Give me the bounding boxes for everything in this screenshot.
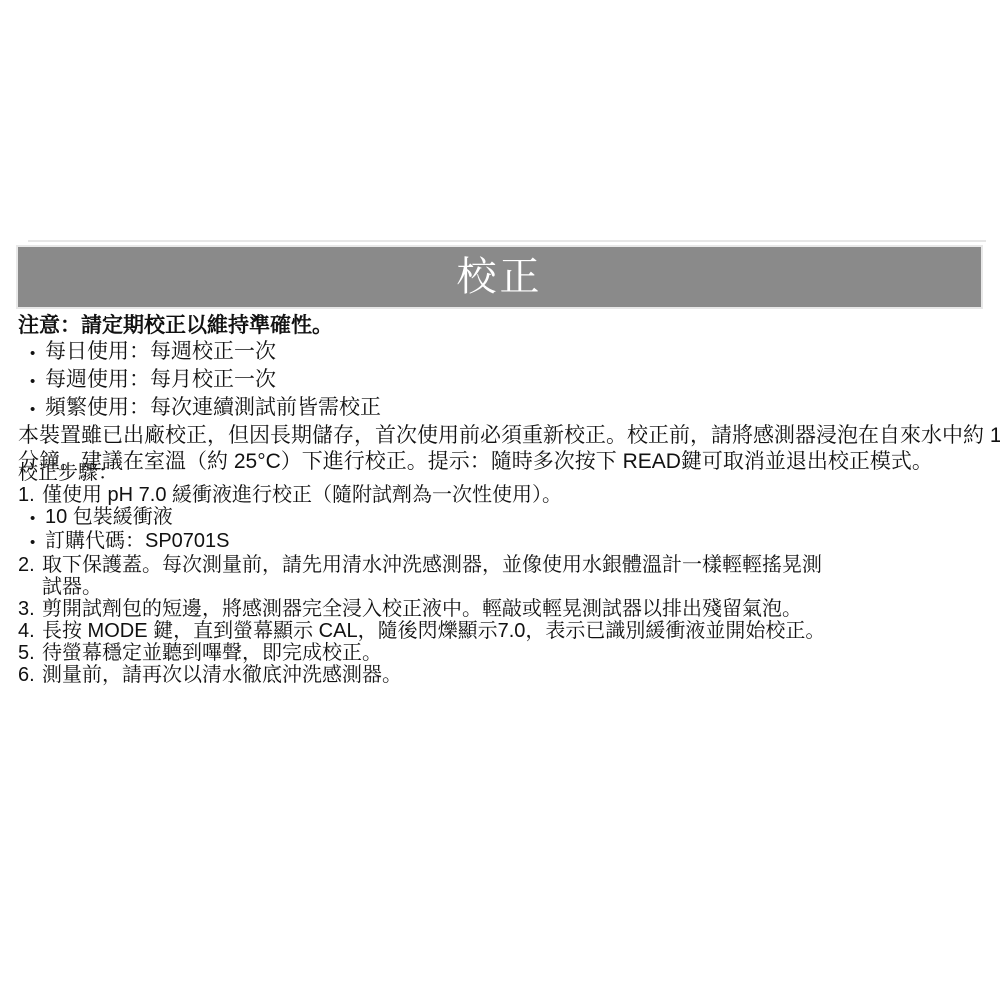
notice-bullet-item: • 每日使用：每週校正一次 — [18, 339, 984, 367]
notice-bullet-item: • 每週使用：每月校正一次 — [18, 367, 984, 395]
steps-section: 校正步驟： 1. 僅使用 pH 7.0 緩衝液進行校正（隨附試劑為一次性使用）。… — [18, 462, 984, 686]
step-sub-bullet-text: 訂購代碼：SP0701S — [45, 530, 230, 552]
section-title: 校正 — [457, 257, 543, 297]
bullet-icon: • — [18, 369, 45, 395]
step-sub-bullet: • 訂購代碼：SP0701S — [18, 530, 984, 554]
section-header-bar: 校正 — [18, 247, 981, 307]
notice-bullet-text: 頻繁使用：每次連續測試前皆需校正 — [45, 395, 381, 421]
notice-bullet-text: 每週使用：每月校正一次 — [45, 367, 276, 393]
step-item-6: 6. 測量前，請再次以清水徹底沖洗感測器。 — [18, 664, 984, 686]
step-number: 6. — [18, 664, 42, 686]
notice-title: 注意：請定期校正以維持準確性。 — [18, 313, 984, 339]
step-sub-bullet: • 10 包裝緩衝液 — [18, 506, 984, 530]
step-number: 3. — [18, 598, 42, 620]
notice-bullet-text: 每日使用：每週校正一次 — [45, 339, 276, 365]
step-item-3: 3. 剪開試劑包的短邊，將感測器完全浸入校正液中。輕敲或輕晃測試器以排出殘留氣泡… — [18, 598, 984, 620]
bullet-icon: • — [18, 532, 45, 554]
step-item-2-continuation: 試器。 — [18, 576, 984, 598]
step-sub-bullet-text: 10 包裝緩衝液 — [45, 506, 173, 528]
bullet-icon: • — [18, 508, 45, 530]
notice-section: 注意：請定期校正以維持準確性。 • 每日使用：每週校正一次 • 每週使用：每月校… — [18, 313, 984, 475]
step-text: 試器。 — [42, 576, 102, 598]
step-number: 4. — [18, 620, 42, 642]
notice-bullet-item: • 頻繁使用：每次連續測試前皆需校正 — [18, 395, 984, 423]
step-number: 2. — [18, 554, 42, 576]
step-item-5: 5. 待螢幕穩定並聽到嗶聲，即完成校正。 — [18, 642, 984, 664]
step-text: 長按 MODE 鍵，直到螢幕顯示 CAL，隨後閃爍顯示7.0，表示已識別緩衝液並… — [42, 620, 825, 642]
bullet-icon: • — [18, 341, 45, 367]
step-item-1: 1. 僅使用 pH 7.0 緩衝液進行校正（隨附試劑為一次性使用）。 — [18, 484, 984, 506]
step-text: 取下保護蓋。每次測量前，請先用清水沖洗感測器，並像使用水銀體溫計一樣輕輕搖晃測 — [42, 554, 822, 576]
step-item-2: 2. 取下保護蓋。每次測量前，請先用清水沖洗感測器，並像使用水銀體溫計一樣輕輕搖… — [18, 554, 984, 576]
step-item-4: 4. 長按 MODE 鍵，直到螢幕顯示 CAL，隨後閃爍顯示7.0，表示已識別緩… — [18, 620, 984, 642]
steps-heading: 校正步驟： — [18, 462, 984, 484]
step-text: 剪開試劑包的短邊，將感測器完全浸入校正液中。輕敲或輕晃測試器以排出殘留氣泡。 — [42, 598, 802, 620]
top-divider-line — [28, 240, 986, 242]
step-text: 測量前，請再次以清水徹底沖洗感測器。 — [42, 664, 402, 686]
step-text: 僅使用 pH 7.0 緩衝液進行校正（隨附試劑為一次性使用）。 — [42, 484, 562, 506]
document-page: 校正 注意：請定期校正以維持準確性。 • 每日使用：每週校正一次 • 每週使用：… — [0, 0, 1000, 1000]
intro-paragraph-line: 本裝置雖已出廠校正，但因長期儲存，首次使用前必須重新校正。校正前，請將感測器浸泡… — [18, 423, 984, 449]
step-number: 5. — [18, 642, 42, 664]
bullet-icon: • — [18, 397, 45, 423]
step-text: 待螢幕穩定並聽到嗶聲，即完成校正。 — [42, 642, 382, 664]
step-number: 1. — [18, 484, 42, 506]
